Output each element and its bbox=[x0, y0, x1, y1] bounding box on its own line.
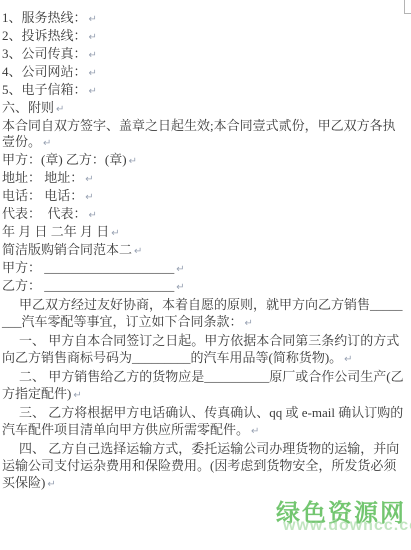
line-company-website: 4、公司网站：↵ bbox=[2, 64, 405, 82]
line-text: 甲乙双方经过友好协商，本着自愿的原则，就甲方向乙方销售________汽车零配等… bbox=[2, 297, 403, 329]
paragraph-mark-icon: ↵ bbox=[41, 136, 51, 152]
line-text: 4、公司网站： bbox=[2, 64, 87, 79]
line-text: 本合同自双方签字、盖章之日起生效;本合同壹式贰份，甲乙双方各执壹份。 bbox=[2, 118, 396, 149]
paragraph-mark-icon: ↵ bbox=[109, 226, 119, 242]
line-text: 六、附则 bbox=[2, 100, 54, 115]
paragraph-mark-icon: ↵ bbox=[87, 84, 97, 100]
clause-4: 四、 乙方自己选择运输方式，委托运输公司办理货物的运输，并向运输公司支付运杂费用… bbox=[2, 440, 405, 493]
paragraph-mark-icon: ↵ bbox=[71, 387, 81, 404]
line-text: 乙方： ____________________ bbox=[2, 278, 174, 293]
line-text: 甲方：(章) 乙方：(章) bbox=[2, 152, 127, 167]
line-date: 年 月 日 二年 月 日↵ bbox=[2, 224, 405, 242]
line-company-fax: 3、公司传真：↵ bbox=[2, 46, 405, 64]
paragraph-mark-icon: ↵ bbox=[342, 351, 352, 368]
template-title: 简洁版购销合同范本二↵ bbox=[2, 242, 405, 260]
heading-appendix: 六、附则↵ bbox=[2, 100, 405, 118]
paragraph-mark-icon: ↵ bbox=[249, 423, 259, 440]
paragraph-mark-icon: ↵ bbox=[87, 208, 97, 224]
paragraph-mark-icon: ↵ bbox=[132, 244, 142, 260]
line-text: 四、 乙方自己选择运输方式，委托运输公司办理货物的运输，并向运输公司支付运杂费用… bbox=[2, 441, 399, 490]
line-effectiveness-clause: 本合同自双方签字、盖章之日起生效;本合同壹式贰份，甲乙双方各执壹份。↵ bbox=[2, 118, 405, 152]
line-text: 甲方： ____________________ bbox=[2, 260, 174, 275]
paragraph-mark-icon: ↵ bbox=[87, 12, 97, 28]
line-complaint-hotline: 2、投诉热线：↵ bbox=[2, 28, 405, 46]
line-address: 地址： 地址：↵ bbox=[2, 170, 405, 188]
text-boundary-crop-mark-horizontal bbox=[404, 13, 411, 14]
line-text: 电话： 电话： bbox=[2, 188, 83, 203]
clause-2: 二、 甲方销售给乙方的货物应是__________原厂或合作公司生产(乙方指定配… bbox=[2, 368, 405, 404]
clause-3: 三、 乙方将根据甲方电话确认、传真确认、qq 或 e-mail 确认订购的汽车配… bbox=[2, 404, 405, 440]
line-email-box: 5、电子信箱：↵ bbox=[2, 82, 405, 100]
paragraph-mark-icon: ↵ bbox=[174, 262, 184, 278]
line-service-hotline: 1、服务热线：↵ bbox=[2, 10, 405, 28]
line-representative: 代表： 代表：↵ bbox=[2, 206, 405, 224]
paragraph-mark-icon: ↵ bbox=[83, 172, 93, 188]
line-text: 3、公司传真： bbox=[2, 46, 87, 61]
paragraph-mark-icon: ↵ bbox=[83, 190, 93, 206]
line-party-seals: 甲方：(章) 乙方：(章)↵ bbox=[2, 152, 405, 170]
text-boundary-crop-mark-vertical bbox=[404, 0, 405, 13]
line-text: 简洁版购销合同范本二 bbox=[2, 242, 132, 257]
line-text: 地址： 地址： bbox=[2, 170, 83, 185]
paragraph-mark-icon: ↵ bbox=[87, 30, 97, 46]
line-party-a-blank: 甲方： ____________________↵ bbox=[2, 260, 405, 278]
line-text: 2、投诉热线： bbox=[2, 28, 87, 43]
line-text: 5、电子信箱： bbox=[2, 82, 87, 97]
paragraph-mark-icon: ↵ bbox=[174, 280, 184, 296]
clause-1: 一、 甲方自本合同签订之日起。甲方依据本合同第三条约订的方式向乙方销售商标号码为… bbox=[2, 332, 405, 368]
line-text: 1、服务热线： bbox=[2, 10, 87, 25]
line-text: 一、 甲方自本合同签订之日起。甲方依据本合同第三条约订的方式向乙方销售商标号码为… bbox=[2, 333, 399, 365]
clause-preamble: 甲乙双方经过友好协商，本着自愿的原则，就甲方向乙方销售________汽车零配等… bbox=[2, 296, 405, 332]
line-text: 年 月 日 二年 月 日 bbox=[2, 224, 109, 239]
line-phone: 电话： 电话：↵ bbox=[2, 188, 405, 206]
paragraph-mark-icon: ↵ bbox=[45, 476, 55, 493]
line-text: 三、 乙方将根据甲方电话确认、传真确认、qq 或 e-mail 确认订购的汽车配… bbox=[2, 405, 403, 437]
paragraph-mark-icon: ↵ bbox=[243, 315, 253, 332]
document-page: 1、服务热线：↵ 2、投诉热线：↵ 3、公司传真：↵ 4、公司网站：↵ 5、电子… bbox=[0, 0, 411, 550]
paragraph-mark-icon: ↵ bbox=[54, 102, 64, 118]
watermark-site-url: www.downcc.com bbox=[283, 517, 411, 535]
watermark-site-name: 绿色资源网 bbox=[276, 493, 406, 528]
line-text: 二、 甲方销售给乙方的货物应是__________原厂或合作公司生产(乙方指定配… bbox=[2, 369, 404, 401]
paragraph-mark-icon: ↵ bbox=[87, 48, 97, 64]
paragraph-mark-icon: ↵ bbox=[87, 66, 97, 82]
line-party-b-blank: 乙方： ____________________↵ bbox=[2, 278, 405, 296]
paragraph-mark-icon: ↵ bbox=[127, 154, 137, 170]
line-text: 代表： 代表： bbox=[2, 206, 87, 221]
